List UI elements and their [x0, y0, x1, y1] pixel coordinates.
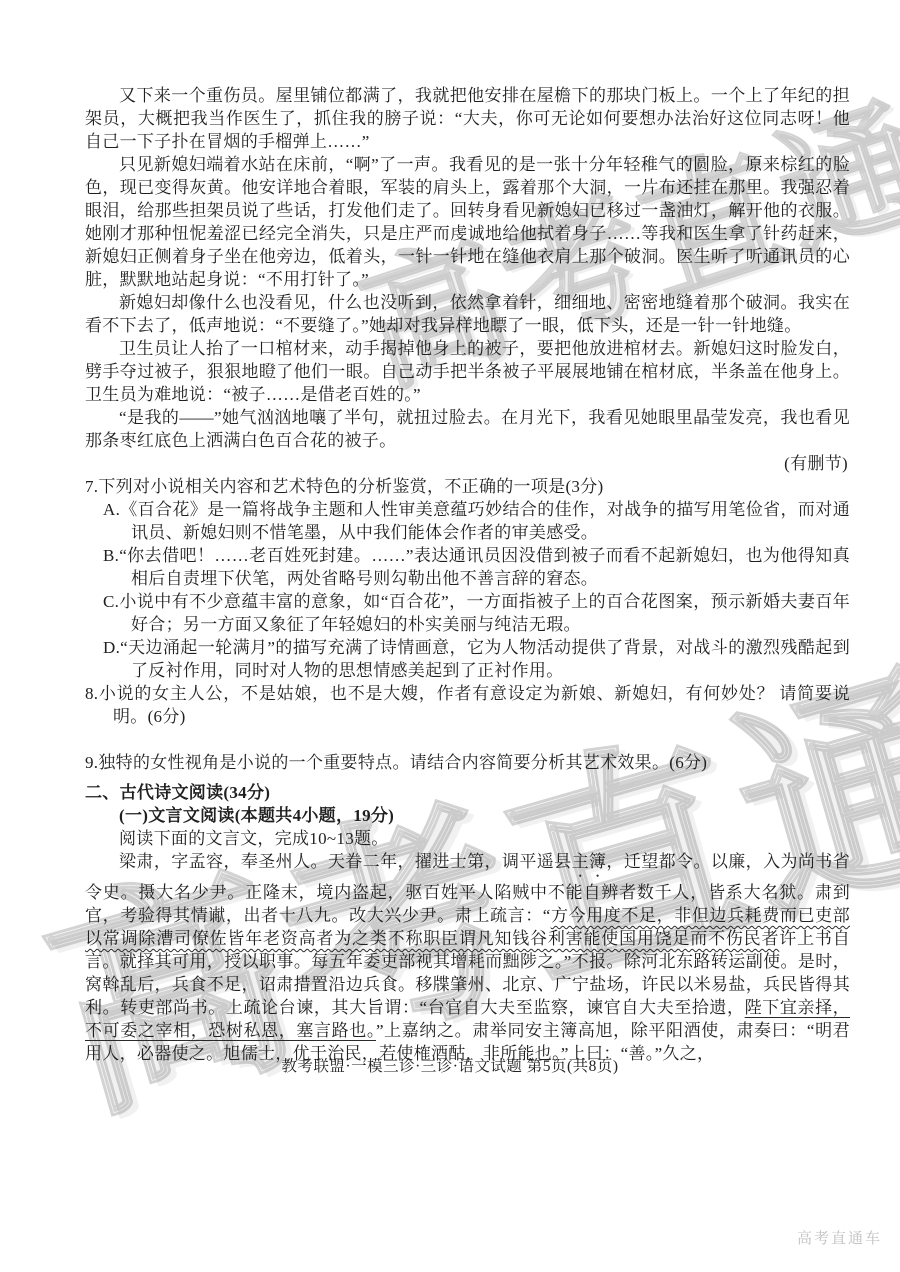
- brand-watermark: 高考直通车: [797, 1227, 882, 1248]
- story-paragraph: 新媳妇却像什么也没看见，什么也没听到，依然拿着针，细细地、密密地缝着那个破洞。我…: [85, 291, 850, 337]
- story-section: 又下来一个重伤员。屋里铺位都满了，我就把他安排在屋檐下的那块门板上。一个上了年纪…: [85, 84, 850, 452]
- question-9: 9.独特的女性视角是小说的一个重要特点。请结合内容简要分析其艺术效果。(6分): [85, 751, 850, 774]
- spacer: [85, 774, 850, 781]
- question-7-option: C.小说中有不少意蕴丰富的意象，如“百合花”，一方面指被子上的百合花图案，预示新…: [85, 590, 850, 636]
- question-7-options: A.《百合花》是一篇将战争主题和人性审美意蕴巧妙结合的佳作，对战争的描写用笔俭省…: [85, 498, 850, 682]
- spacer: [85, 728, 850, 751]
- passage-intro: 阅读下面的文言文，完成10~13题。: [85, 827, 850, 850]
- story-attribution: (有删节): [85, 452, 850, 475]
- question-7-option: B.“你去借吧！……老百姓死封建。……”表达通讯员因没借到被子而看不起新媳妇，也…: [85, 544, 850, 590]
- page-content: 又下来一个重伤员。屋里铺位都满了，我就把他安排在屋檐下的那块门板上。一个上了年纪…: [85, 84, 850, 1065]
- classical-passage: 梁肃，字孟容，奉圣州人。天眷二年，擢进士第，调平遥县主簿，迁望都令。以廉，入为尚…: [85, 850, 850, 1065]
- story-paragraph: 又下来一个重伤员。屋里铺位都满了，我就把他安排在屋檐下的那块门板上。一个上了年纪…: [85, 84, 850, 153]
- question-7-option: A.《百合花》是一篇将战争主题和人性审美意蕴巧妙结合的佳作，对战争的描写用笔俭省…: [85, 498, 850, 544]
- question-7-option: D.“天边涌起一轮满月”的描写充满了诗情画意，它为人物活动提供了背景，对战斗的激…: [85, 636, 850, 682]
- story-paragraph: “是我的——”她气汹汹地嚷了半句，就扭过脸去。在月光下，我看见她眼里晶莹发亮，我…: [85, 406, 850, 452]
- story-paragraph: 只见新媳妇端着水站在床前，“啊”了一声。我看见的是一张十分年轻稚气的圆脸，原来棕…: [85, 153, 850, 291]
- page-footer: 教考联盟·一模三诊·三诊·语文试题 第5页(共8页): [0, 1054, 900, 1076]
- story-paragraph: 卫生员让人抬了一口棺材来，动手揭掉他身上的被子，要把他放进棺材去。新媳妇这时脸发…: [85, 337, 850, 406]
- section-2-title: 二、古代诗文阅读(34分): [85, 781, 850, 804]
- exam-page: 高考直通车 高考直通车 又下来一个重伤员。屋里铺位都满了，我就把他安排在屋檐下的…: [0, 0, 900, 1272]
- question-7-stem: 7.下列对小说相关内容和艺术特色的分析鉴赏，不正确的一项是(3分): [85, 475, 850, 498]
- passage-segment: 主簿: [572, 852, 607, 871]
- question-8: 8.小说的女主人公，不是姑娘，也不是大嫂，作者有意设定为新娘、新媳妇，有何妙处？…: [85, 682, 850, 728]
- section-2-subtitle: (一)文言文阅读(本题共4小题，19分): [85, 804, 850, 827]
- passage-segment: 梁肃，字孟容，奉圣州人。天眷二年，擢进士第，调平遥县: [119, 852, 572, 871]
